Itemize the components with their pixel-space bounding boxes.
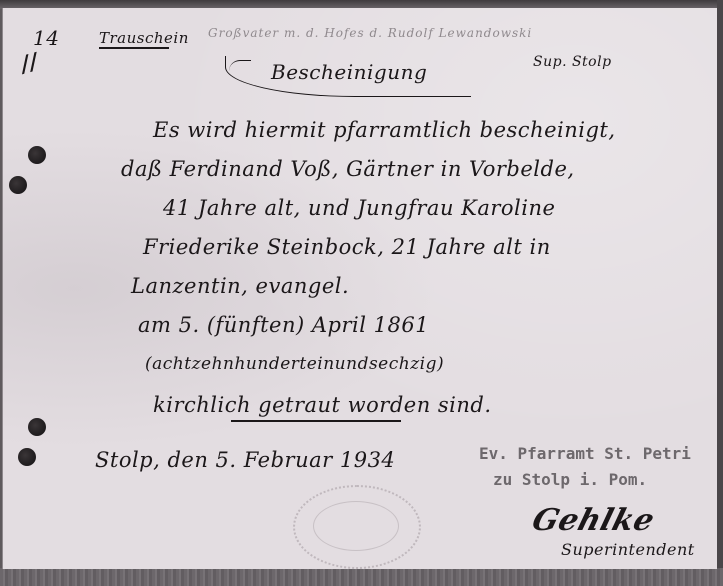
punch-hole-icon bbox=[28, 146, 46, 164]
body-line: daß Ferdinand Voß, Gärtner in Vorbelde, bbox=[121, 157, 575, 181]
body-line: am 5. (fünften) April 1861 bbox=[138, 313, 429, 337]
body-line: 41 Jahre alt, und Jungfrau Karoline bbox=[163, 196, 555, 220]
heading-underline bbox=[99, 47, 169, 49]
getraut-underline bbox=[231, 420, 401, 422]
punch-hole-icon bbox=[9, 176, 27, 194]
page-number-marks: // bbox=[18, 48, 41, 78]
punch-hole-icon bbox=[28, 418, 46, 436]
scan-border-bottom bbox=[0, 568, 723, 586]
body-line: Friederike Steinbock, 21 Jahre alt in bbox=[143, 235, 551, 259]
heading-trauschein: Trauschein bbox=[99, 29, 189, 47]
document-title: Bescheinigung bbox=[271, 60, 427, 84]
signature-title: Superintendent bbox=[561, 540, 695, 559]
place-date: Stolp, den 5. Februar 1934 bbox=[95, 448, 395, 472]
stamp-line-2: zu Stolp i. Pom. bbox=[493, 470, 647, 489]
title-swoosh-tail bbox=[229, 60, 251, 71]
signature: Gehlke bbox=[528, 503, 658, 538]
body-line: kirchlich getraut worden sind. bbox=[153, 393, 492, 417]
body-line: Es wird hiermit pfarramtlich bescheinigt… bbox=[153, 118, 616, 142]
scan-border-right bbox=[717, 0, 723, 586]
sup-note: Sup. Stolp bbox=[533, 54, 612, 70]
punch-hole-icon bbox=[18, 448, 36, 466]
body-line: (achtzehnhunderteinundsechzig) bbox=[145, 354, 444, 374]
body-line: Lanzentin, evangel. bbox=[131, 274, 349, 298]
embossed-seal bbox=[293, 485, 421, 569]
stamp-line-1: Ev. Pfarramt St. Petri bbox=[479, 444, 691, 463]
pencil-note: Großvater m. d. Hofes d. Rudolf Lewandow… bbox=[208, 26, 532, 40]
page-number: 14 bbox=[33, 26, 59, 50]
document-paper: 14 // Trauschein Großvater m. d. Hofes d… bbox=[2, 8, 717, 569]
